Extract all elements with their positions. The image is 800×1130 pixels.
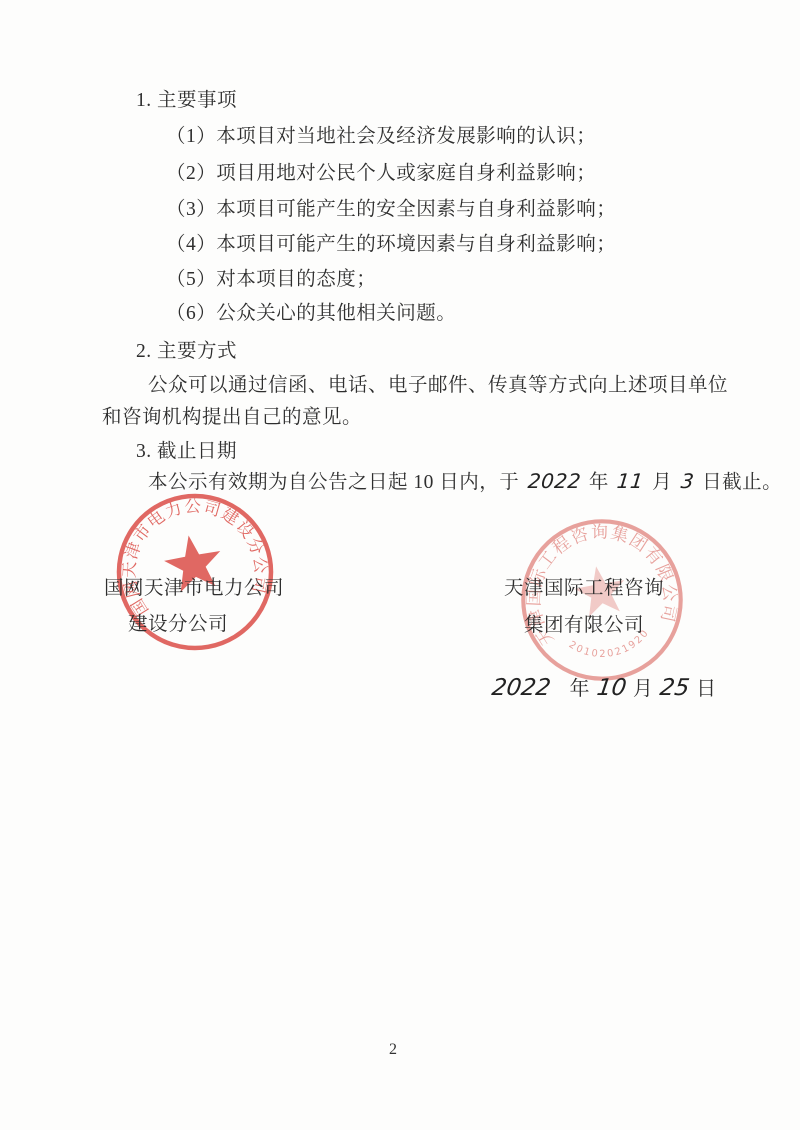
deadline-year-label: 年	[589, 472, 609, 493]
section-1-item-4: （4）本项目可能产生的环境因素与自身利益影响；	[166, 228, 616, 256]
section-1-item-6: （6）公众关心的其他相关问题。	[166, 297, 456, 325]
deadline-month-label: 月	[652, 472, 672, 493]
page-number: 2	[389, 1041, 397, 1059]
svg-text:国网天津市电力公司建设分公司: 国网天津市电力公司建设分公司	[108, 484, 276, 620]
deadline-line: 本公示有效期为自公告之日起 10 日内，于 2022 年 11 月 3 日截止。	[148, 466, 782, 494]
section-1-item-3: （3）本项目可能产生的安全因素与自身利益影响；	[166, 193, 616, 221]
left-seal-ring-text: 国网天津市电力公司建设分公司	[108, 484, 276, 620]
right-company-name-line-1: 天津国际工程咨询	[504, 572, 664, 600]
date-day-handwritten: 25	[658, 675, 691, 701]
section-2-paragraph-line-2: 和咨询机构提出自己的意见。	[102, 401, 362, 429]
section-1-heading: 1. 主要事项	[136, 84, 237, 112]
left-company-name-line-2: 建设分公司	[128, 608, 228, 636]
section-1-item-5: （5）对本项目的态度；	[166, 263, 376, 291]
deadline-year-handwritten: 2022	[526, 469, 581, 493]
signature-date-line: 2022 年 10 月 25 日	[492, 672, 718, 701]
date-month-handwritten: 10	[595, 675, 628, 701]
document-page: 1. 主要事项 （1）本项目对当地社会及经济发展影响的认识； （2）项目用地对公…	[0, 0, 800, 1130]
date-year-label: 年	[570, 678, 590, 700]
date-year-handwritten: 2022	[490, 675, 552, 701]
section-1-item-2: （2）项目用地对公民个人或家庭自身利益影响；	[166, 157, 596, 185]
deadline-suffix: 日截止。	[702, 472, 782, 493]
date-day-label: 日	[696, 678, 716, 700]
deadline-month-handwritten: 11	[616, 469, 645, 493]
section-2-heading: 2. 主要方式	[136, 335, 237, 363]
section-2-paragraph-line-1: 公众可以通过信函、电话、电子邮件、传真等方式向上述项目单位	[148, 369, 728, 397]
left-company-name-line-1: 国网天津市电力公司	[104, 572, 284, 600]
deadline-prefix: 本公示有效期为自公告之日起 10 日内，于	[148, 472, 519, 493]
deadline-day-handwritten: 3	[679, 469, 695, 493]
seal-circle	[511, 509, 693, 691]
section-1-item-1: （1）本项目对当地社会及经济发展影响的认识；	[166, 120, 596, 148]
right-company-name-line-2: 集团有限公司	[524, 609, 644, 637]
section-3-heading: 3. 截止日期	[136, 435, 237, 463]
date-month-label: 月	[633, 678, 653, 700]
